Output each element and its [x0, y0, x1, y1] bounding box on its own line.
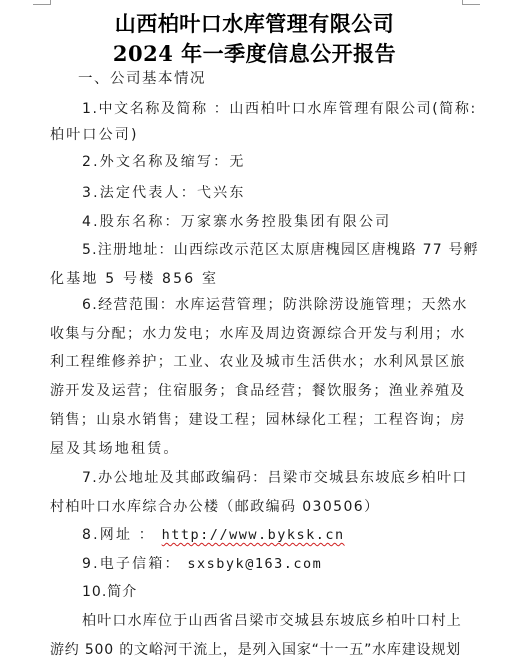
item-6-line-2: 收集与分配；水力发电；水库及周边资源综合开发与利用；水	[50, 325, 460, 343]
item-6-line-1: 6.经营范围：水库运营管理；防洪除涝设施管理；天然水	[82, 296, 492, 314]
item-4: 4.股东名称：万家寨水务控股集团有限公司	[82, 213, 492, 231]
item-6-line-6: 屋及其场地租赁。	[50, 440, 460, 458]
item-1-line-1: 1.中文名称及简称 ：山西柏叶口水库管理有限公司(简称:	[82, 100, 492, 118]
item-10: 10.简介	[82, 583, 492, 601]
item-6-line-3: 利工程维修养护；工业、农业及城市生活供水；水利风景区旅	[50, 353, 460, 371]
intro-line-2: 游约 500 的文峪河干流上，是列入国家“十一五”水库建设规划	[50, 641, 460, 659]
item-8-label: 8.网址 ：	[82, 527, 155, 543]
item-8: 8.网址 ： http://www.byksk.cn	[82, 526, 492, 544]
section-heading: 一、公司基本情况	[78, 70, 488, 88]
item-6-line-5: 销售；山泉水销售；建设工程；园林绿化工程；工程咨询；房	[50, 411, 460, 429]
website-link[interactable]: http://www.byksk.cn	[162, 527, 345, 543]
document-subtitle: 2024 年一季度信息公开报告	[0, 38, 509, 68]
crop-mark-right-horizontal	[462, 4, 480, 5]
crop-mark-left-horizontal	[33, 4, 51, 5]
item-7-line-2: 村柏叶口水库综合办公楼（邮政编码 030506）	[50, 498, 460, 516]
item-9: 9.电子信箱： sxsbyk@163.com	[82, 555, 492, 573]
item-1-line-2: 柏叶口公司)	[50, 126, 460, 144]
item-7-line-1: 7.办公地址及其邮政编码：吕梁市交城县东坡底乡柏叶口	[82, 469, 492, 487]
crop-mark-left-vertical	[50, 0, 51, 5]
item-9-label: 9.电子信箱：	[82, 556, 181, 572]
item-5-line-1: 5.注册地址：山西综改示范区太原唐槐园区唐槐路 77 号孵	[82, 241, 492, 259]
item-2: 2.外文名称及缩写：无	[82, 153, 492, 171]
document-title: 山西柏叶口水库管理有限公司	[0, 8, 509, 38]
item-5-line-2: 化基地 5 号楼 856 室	[50, 270, 460, 288]
item-3: 3.法定代表人：弋兴东	[82, 184, 492, 202]
intro-line-1: 柏叶口水库位于山西省吕梁市交城县东坡底乡柏叶口村上	[82, 612, 492, 630]
email-link[interactable]: sxsbyk@163.com	[187, 556, 322, 572]
item-6-line-4: 游开发及运营；住宿服务；食品经营；餐饮服务；渔业养殖及	[50, 382, 460, 400]
